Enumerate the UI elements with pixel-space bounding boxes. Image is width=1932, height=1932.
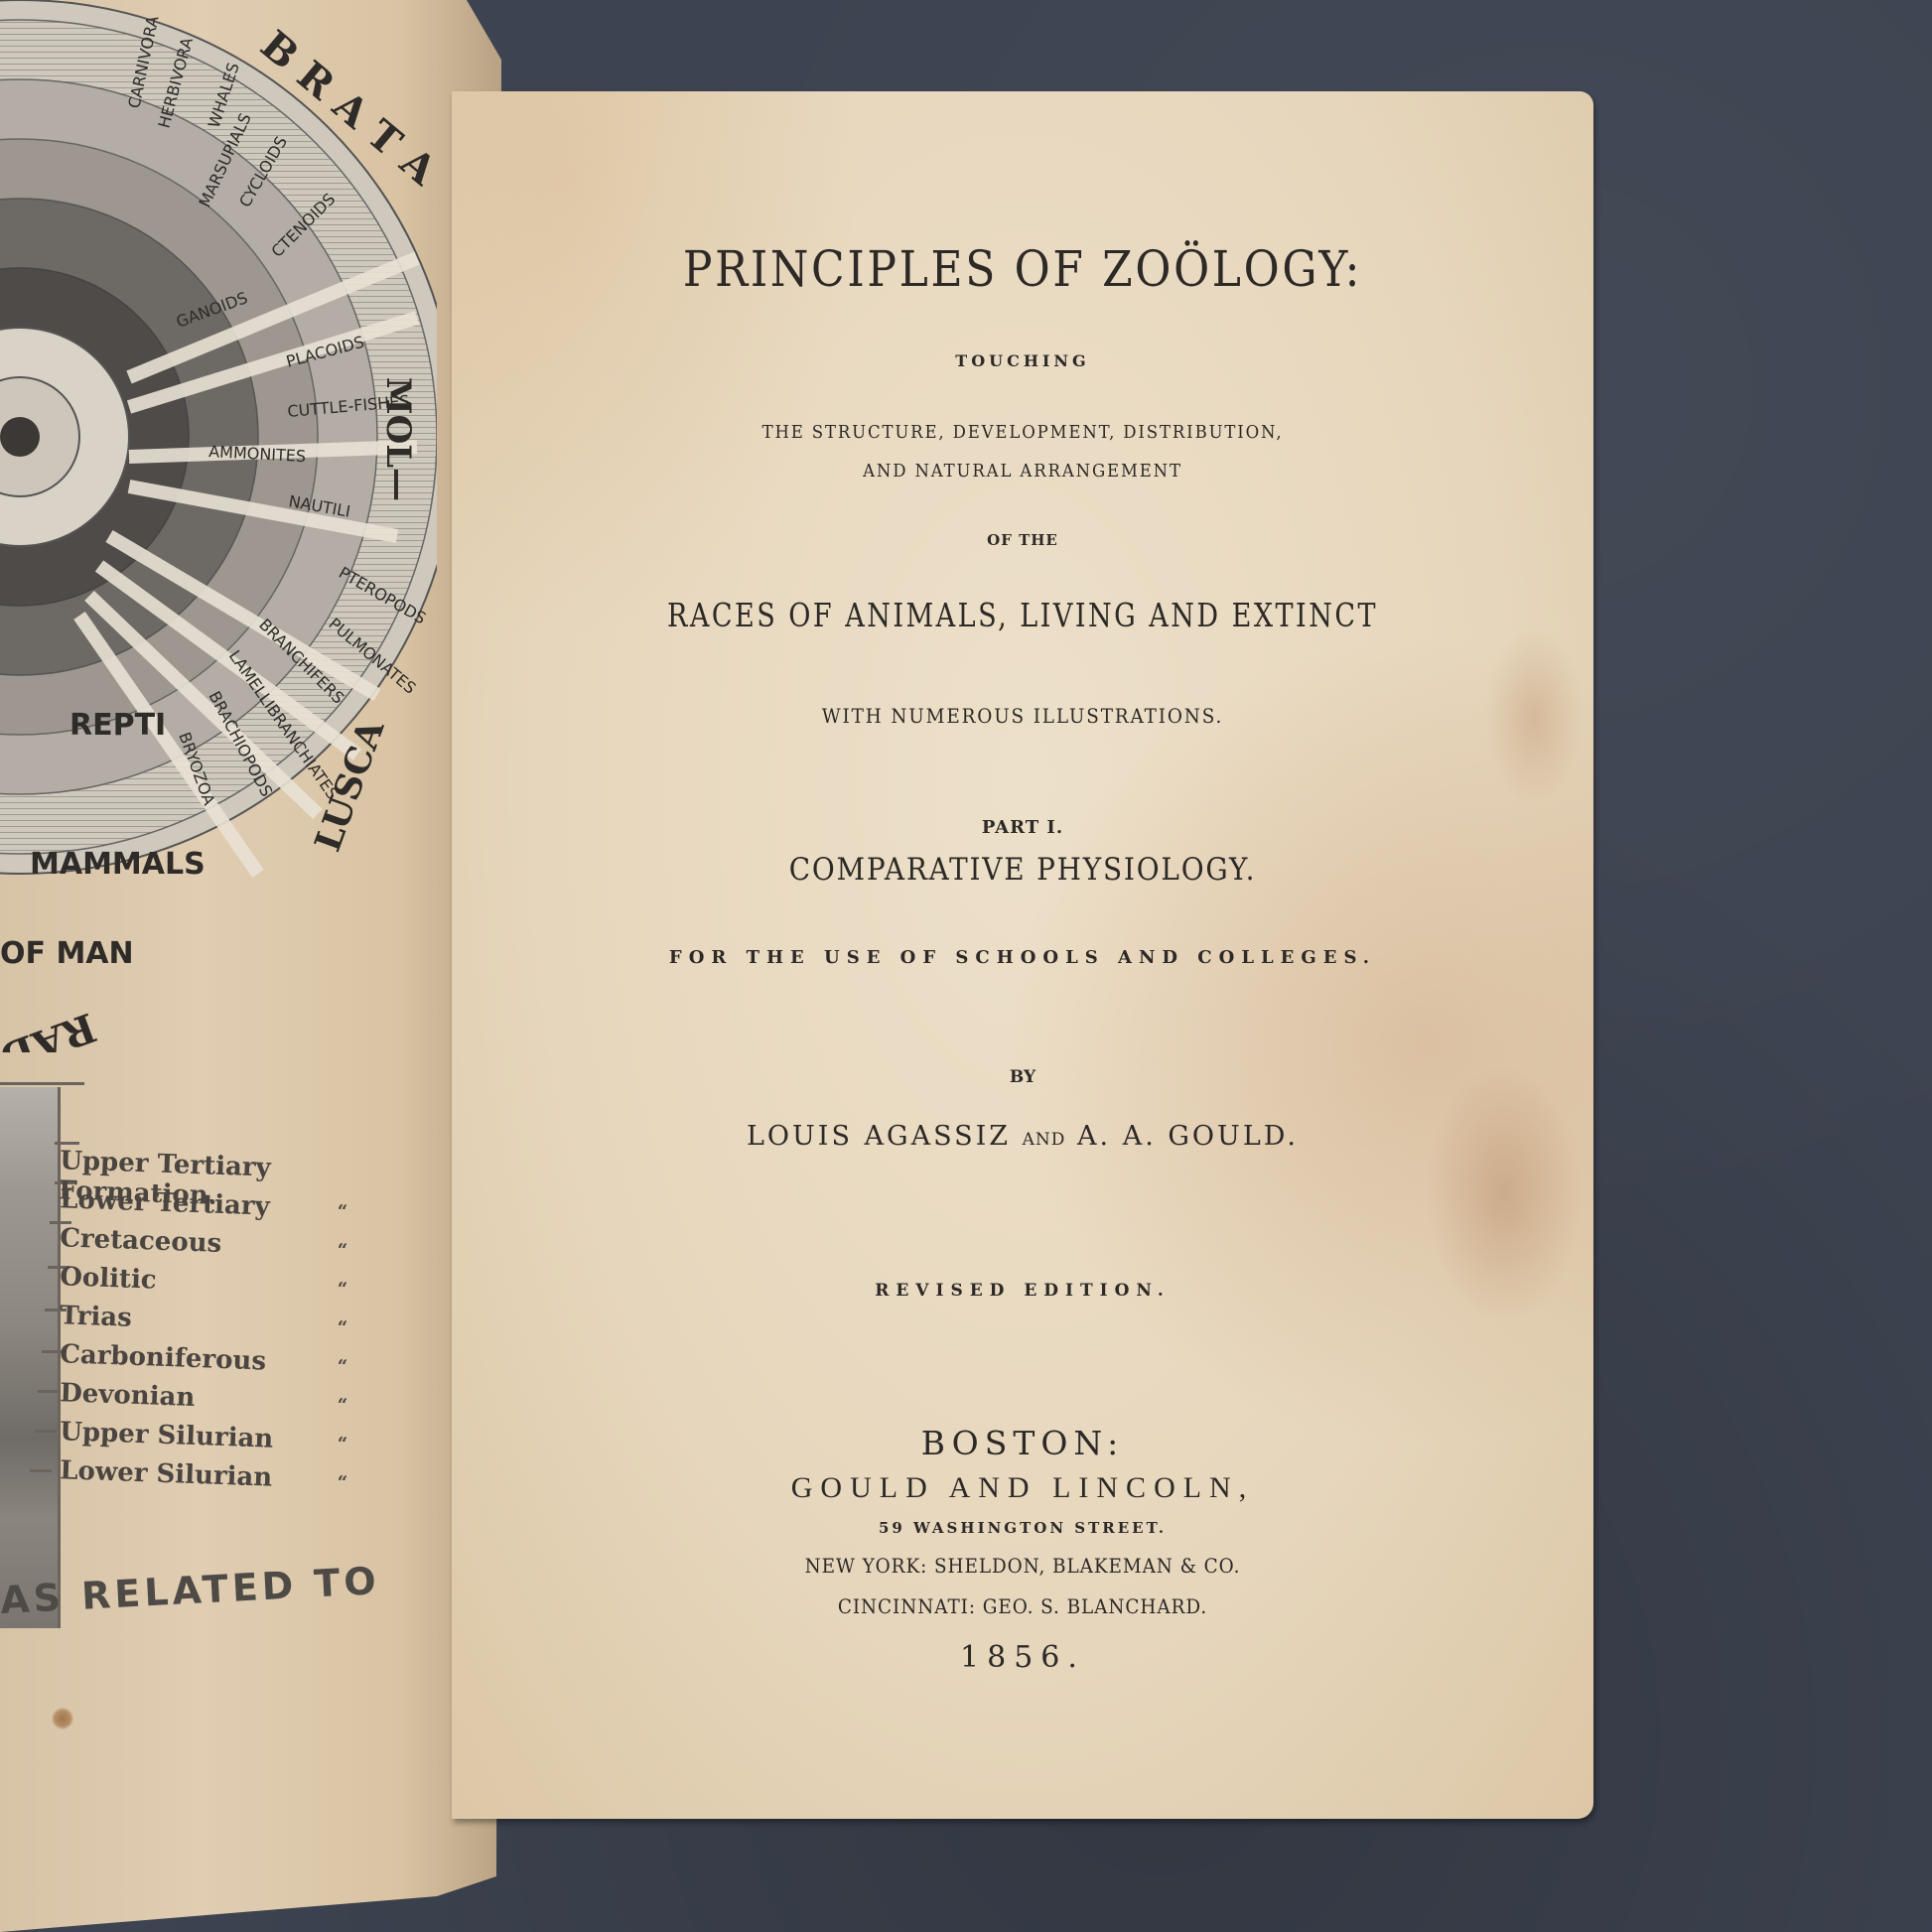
strata-tick [35, 1430, 57, 1433]
formation-name: Oolitic [60, 1262, 157, 1295]
formation-name: Lower Silurian [60, 1455, 273, 1492]
audience-line: FOR THE USE OF SCHOOLS AND COLLEGES. [452, 947, 1593, 968]
formation-name: Cretaceous [60, 1223, 222, 1259]
man-ring-label: OF MAN [0, 936, 134, 971]
formation-name: Trias [60, 1301, 133, 1333]
title-page: PRINCIPLES OF ZOÖLOGY: TOUCHING THE STRU… [452, 91, 1593, 1819]
publisher-name: GOULD AND LINCOLN, [452, 1471, 1593, 1505]
strata-tick [0, 1082, 84, 1085]
formation-name: Carboniferous [60, 1339, 267, 1376]
author-2: A. A. GOULD. [1077, 1121, 1299, 1152]
reptiles-ring-label: REPTI [69, 708, 166, 743]
left-page-frontispiece: B R A T A MOL— LUSCA RAD GANOIDS PLACOID… [0, 0, 501, 1932]
publication-year: 1856. [452, 1640, 1593, 1675]
ditto-mark: “ [337, 1201, 387, 1224]
author-1: LOUIS AGASSIZ [747, 1121, 1011, 1152]
by-line: BY [452, 1067, 1593, 1087]
classification-wheel-diagram: B R A T A MOL— LUSCA RAD GANOIDS PLACOID… [0, 0, 437, 1052]
races-line: RACES OF ANIMALS, LIVING AND EXTINCT [555, 596, 1491, 634]
and-conjunction: AND [1023, 1130, 1066, 1150]
authors-line: LOUIS AGASSIZ AND A. A. GOULD. [452, 1121, 1593, 1152]
part-number: PART I. [452, 817, 1593, 838]
ditto-mark [347, 1178, 387, 1179]
book-title: PRINCIPLES OF ZOÖLOGY: [520, 240, 1525, 298]
cincinnati-agent: CINCINNATI: GEO. S. BLANCHARD. [497, 1594, 1548, 1618]
ditto-mark: “ [337, 1434, 387, 1456]
ditto-mark: “ [337, 1472, 387, 1495]
radiata-label: RAD [0, 1004, 102, 1052]
ditto-mark: “ [337, 1279, 387, 1302]
illustrations-line: WITH NUMEROUS ILLUSTRATIONS. [497, 704, 1548, 728]
ditto-mark: “ [337, 1356, 387, 1379]
new-york-agent: NEW YORK: SHELDON, BLAKEMAN & CO. [497, 1554, 1548, 1578]
formation-name: Upper Silurian [60, 1417, 274, 1453]
subtitle-line-1: THE STRUCTURE, DEVELOPMENT, DISTRIBUTION… [497, 422, 1548, 443]
strata-tick [30, 1469, 52, 1472]
wheel-illustration: B R A T A MOL— LUSCA RAD GANOIDS PLACOID… [0, 0, 437, 1052]
imprint-city: BOSTON: [452, 1424, 1593, 1462]
touching-line: TOUCHING [452, 351, 1593, 370]
strata-bar [0, 1087, 61, 1628]
strata-tick [55, 1142, 79, 1145]
ditto-mark: “ [337, 1395, 387, 1418]
formation-list: Upper Tertiary Formation. Lower Tertiary… [60, 1152, 387, 1500]
part-title: COMPARATIVE PHYSIOLOGY. [509, 852, 1537, 888]
subtitle-line-2: AND NATURAL ARRANGEMENT [497, 461, 1548, 482]
formation-name: Devonian [60, 1378, 196, 1413]
foxing-stain [52, 1708, 73, 1729]
geological-column: Upper Tertiary Formation. Lower Tertiary… [0, 1072, 417, 1569]
strata-tick [38, 1390, 60, 1393]
formation-name: Lower Tertiary [60, 1184, 270, 1221]
ditto-mark: “ [337, 1240, 387, 1263]
publisher-address: 59 WASHINGTON STREET. [452, 1519, 1593, 1537]
mammals-ring-label: MAMMALS [30, 847, 206, 882]
ditto-mark: “ [337, 1317, 387, 1340]
edition-line: REVISED EDITION. [452, 1281, 1593, 1301]
of-the-line: OF THE [452, 531, 1593, 549]
